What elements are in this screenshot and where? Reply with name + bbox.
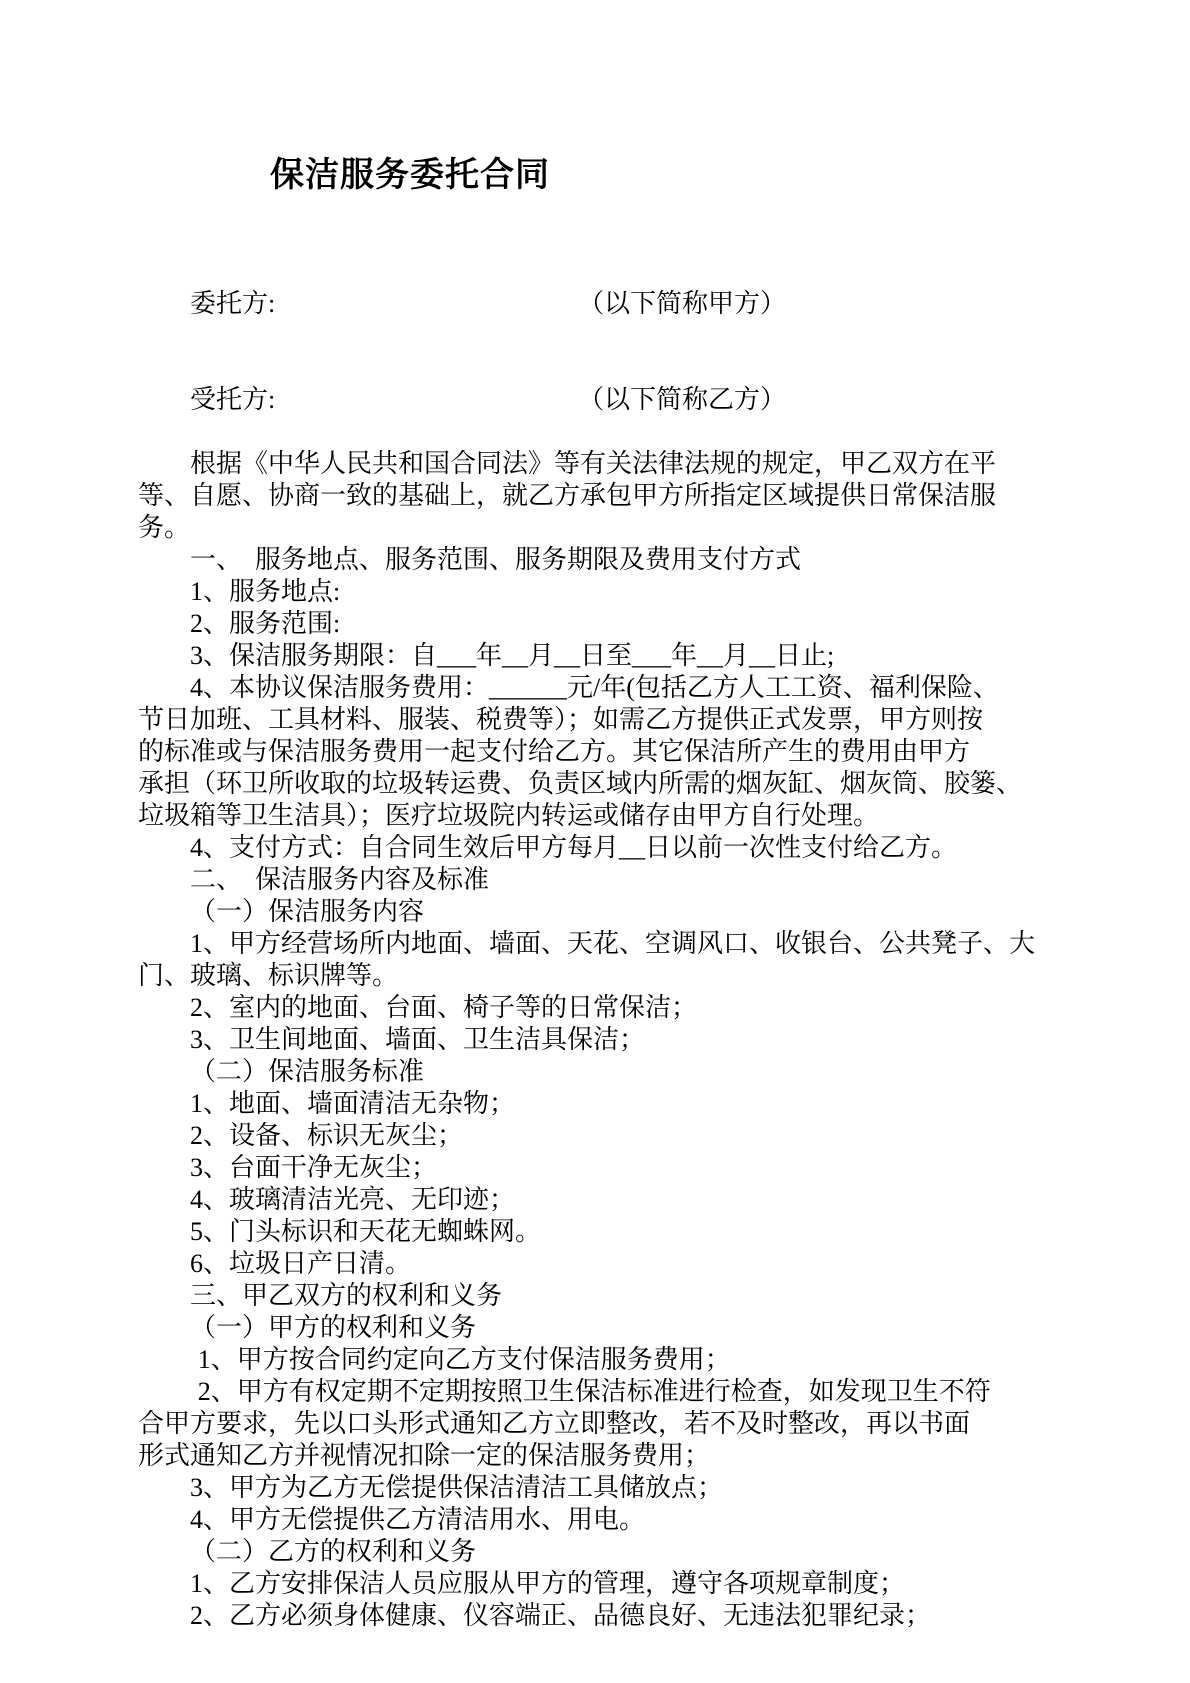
party-label-contractor: 受托方: [190, 384, 578, 416]
doc-line: 1、地面、墙面清洁无杂物； [138, 1088, 1060, 1120]
doc-line: 1、服务地点: [138, 576, 1060, 608]
doc-line: 5、门头标识和天花无蜘蛛网。 [138, 1216, 1060, 1248]
document-title: 保洁服务委托合同 [270, 156, 1060, 196]
doc-line: 3、台面干净无灰尘； [138, 1152, 1060, 1184]
doc-line: 4、本协议保洁服务费用：______元/年(包括乙方人工工资、福利保险、 [138, 672, 1060, 704]
doc-line: 2、室内的地面、台面、椅子等的日常保洁； [138, 992, 1060, 1024]
doc-line: 2、服务范围: [138, 608, 1060, 640]
doc-line: 1、甲方按合同约定向乙方支付保洁服务费用； [138, 1344, 1060, 1376]
doc-line: （二）乙方的权利和义务 [138, 1536, 1060, 1568]
party-block: 委托方:（以下简称甲方） 受托方:（以下简称乙方） [138, 256, 1060, 448]
doc-line: （一）甲方的权利和义务 [138, 1312, 1060, 1344]
doc-line: 承担（环卫所收取的垃圾转运费、负责区域内所需的烟灰缸、烟灰筒、胶篓、 [138, 768, 1060, 800]
party-alias-client: （以下简称甲方） [578, 289, 786, 318]
doc-line: 合甲方要求，先以口头形式通知乙方立即整改，若不及时整改，再以书面 [138, 1408, 1060, 1440]
doc-line: 2、乙方必须身体健康、仪容端正、品德良好、无违法犯罪纪录； [138, 1600, 1060, 1632]
doc-line: 3、卫生间地面、墙面、卫生洁具保洁； [138, 1024, 1060, 1056]
doc-line-section-3: 三、甲乙双方的权利和义务 [138, 1280, 1060, 1312]
party-line-contractor: 受托方:（以下简称乙方） [138, 352, 1060, 448]
doc-line-section-1: 一、 服务地点、服务范围、服务期限及费用支付方式 [138, 544, 1060, 576]
party-label-client: 委托方: [190, 288, 578, 320]
doc-line: 形式通知乙方并视情况扣除一定的保洁服务费用； [138, 1440, 1060, 1472]
doc-line: （一）保洁服务内容 [138, 896, 1060, 928]
doc-line: 4、甲方无偿提供乙方清洁用水、用电。 [138, 1504, 1060, 1536]
doc-line: 节日加班、工具材料、服装、税费等）；如需乙方提供正式发票，甲方则按 [138, 704, 1060, 736]
doc-line: 3、甲方为乙方无偿提供保洁清洁工具储放点； [138, 1472, 1060, 1504]
doc-line: 6、垃圾日产日清。 [138, 1248, 1060, 1280]
doc-line-section-2: 二、 保洁服务内容及标准 [138, 864, 1060, 896]
doc-line: 1、乙方安排保洁人员应服从甲方的管理，遵守各项规章制度； [138, 1568, 1060, 1600]
doc-line: 4、支付方式：自合同生效后甲方每月__日以前一次性支付给乙方。 [138, 832, 1060, 864]
doc-line: 4、玻璃清洁光亮、无印迹； [138, 1184, 1060, 1216]
doc-line: 的标准或与保洁服务费用一起支付给乙方。其它保洁所产生的费用由甲方 [138, 736, 1060, 768]
doc-line: 2、设备、标识无灰尘； [138, 1120, 1060, 1152]
contract-page: 保洁服务委托合同 委托方:（以下简称甲方） 受托方:（以下简称乙方） 根据《中华… [0, 0, 1190, 1683]
doc-line: 1、甲方经营场所内地面、墙面、天花、空调风口、收银台、公共凳子、大 [138, 928, 1060, 960]
doc-line: 等、自愿、协商一致的基础上，就乙方承包甲方所指定区域提供日常保洁服 [138, 480, 1060, 512]
doc-line: （二）保洁服务标准 [138, 1056, 1060, 1088]
doc-line: 3、保洁服务期限：自___年__月__日至___年__月__日止; [138, 640, 1060, 672]
doc-line: 2、甲方有权定期不定期按照卫生保洁标准进行检查，如发现卫生不符 [138, 1376, 1060, 1408]
party-line-client: 委托方:（以下简称甲方） [138, 256, 1060, 352]
doc-line: 根据《中华人民共和国合同法》等有关法律法规的规定，甲乙双方在平 [138, 448, 1060, 480]
document-body: 保洁服务委托合同 委托方:（以下简称甲方） 受托方:（以下简称乙方） 根据《中华… [138, 156, 1060, 1632]
doc-line: 垃圾箱等卫生洁具）；医疗垃圾院内转运或储存由甲方自行处理。 [138, 800, 1060, 832]
party-alias-contractor: （以下简称乙方） [578, 385, 786, 414]
doc-line: 门、玻璃、标识牌等。 [138, 960, 1060, 992]
doc-line: 务。 [138, 512, 1060, 544]
contract-text: 根据《中华人民共和国合同法》等有关法律法规的规定，甲乙双方在平 等、自愿、协商一… [138, 448, 1060, 1632]
